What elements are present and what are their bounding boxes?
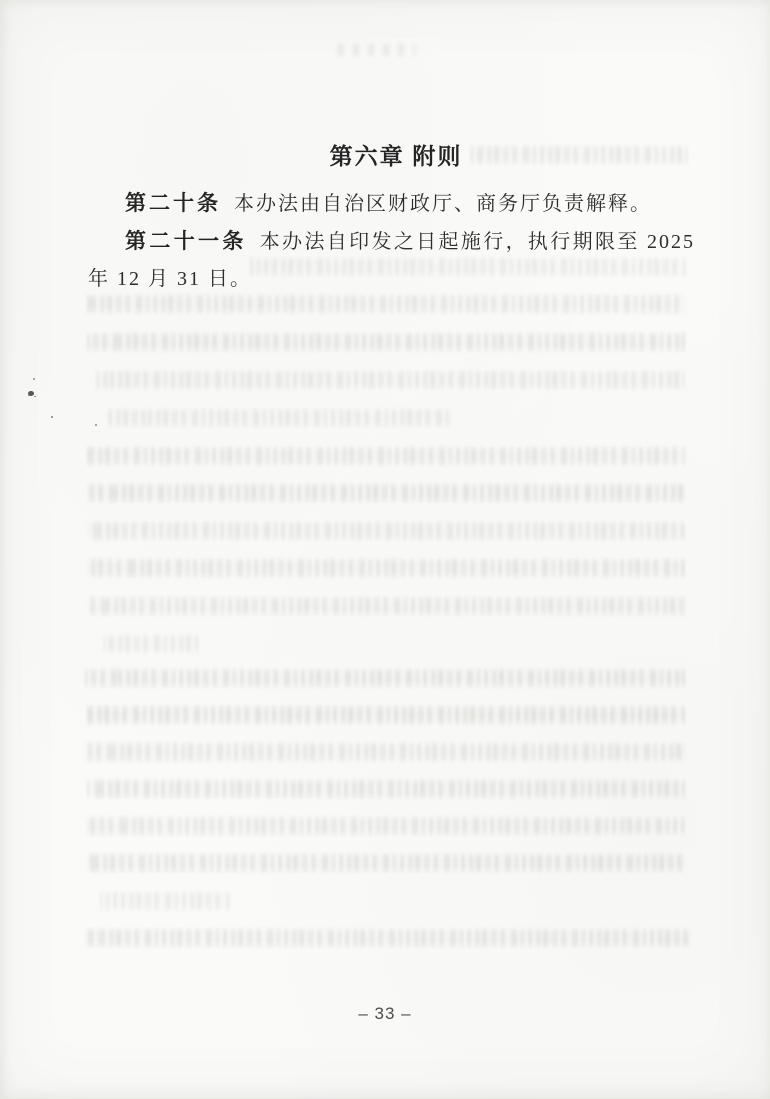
- scan-smudge: [338, 44, 416, 56]
- bleed-through-line: [87, 446, 685, 466]
- bleed-through-line: [108, 408, 453, 428]
- bleed-through-line: [87, 705, 685, 725]
- bleed-through-line: [87, 521, 685, 541]
- article-21-text-line1: 本办法自印发之日起施行，执行期限至 2025: [260, 231, 695, 253]
- ink-speck: [28, 391, 34, 396]
- bleed-through-line: [85, 928, 691, 948]
- bleed-through-line: [87, 558, 685, 578]
- article-21-number: 第二十一条: [125, 229, 247, 253]
- bleed-through-line: [87, 742, 685, 762]
- page-number: – 33 –: [0, 1004, 770, 1024]
- article-20-text: 本办法由自治区财政厅、商务厅负责解释。: [234, 193, 652, 215]
- article-21-line2: 年 12 月 31 日。: [88, 260, 695, 298]
- bleed-through-line: [87, 596, 685, 616]
- article-20: 第二十条本办法由自治区财政厅、商务厅负责解释。: [88, 184, 695, 222]
- bleed-through-line: [103, 634, 199, 654]
- bleed-through-line: [85, 668, 685, 688]
- bleed-through-line: [87, 779, 685, 799]
- ink-speck: [51, 416, 53, 418]
- article-21-text-line2: 年 12 月 31 日。: [88, 268, 252, 290]
- scanned-document-page: 第六章 附则 第二十条本办法由自治区财政厅、商务厅负责解释。 第二十一条本办法自…: [0, 0, 770, 1099]
- bleed-through-line: [87, 332, 685, 352]
- article-20-number: 第二十条: [125, 191, 221, 215]
- chapter-heading: 第六章 附则: [11, 138, 770, 171]
- article-21-line1: 第二十一条本办法自印发之日起施行，执行期限至 2025: [88, 222, 695, 260]
- bleed-through-line: [96, 370, 685, 390]
- body-text-block: 第二十条本办法由自治区财政厅、商务厅负责解释。 第二十一条本办法自印发之日起施行…: [88, 184, 695, 298]
- bleed-through-line: [87, 483, 685, 503]
- ink-speck: [33, 378, 35, 380]
- bleed-through-line: [87, 816, 685, 836]
- bleed-through-line: [87, 853, 685, 873]
- ink-speck: [95, 424, 97, 426]
- bleed-through-line: [100, 891, 230, 911]
